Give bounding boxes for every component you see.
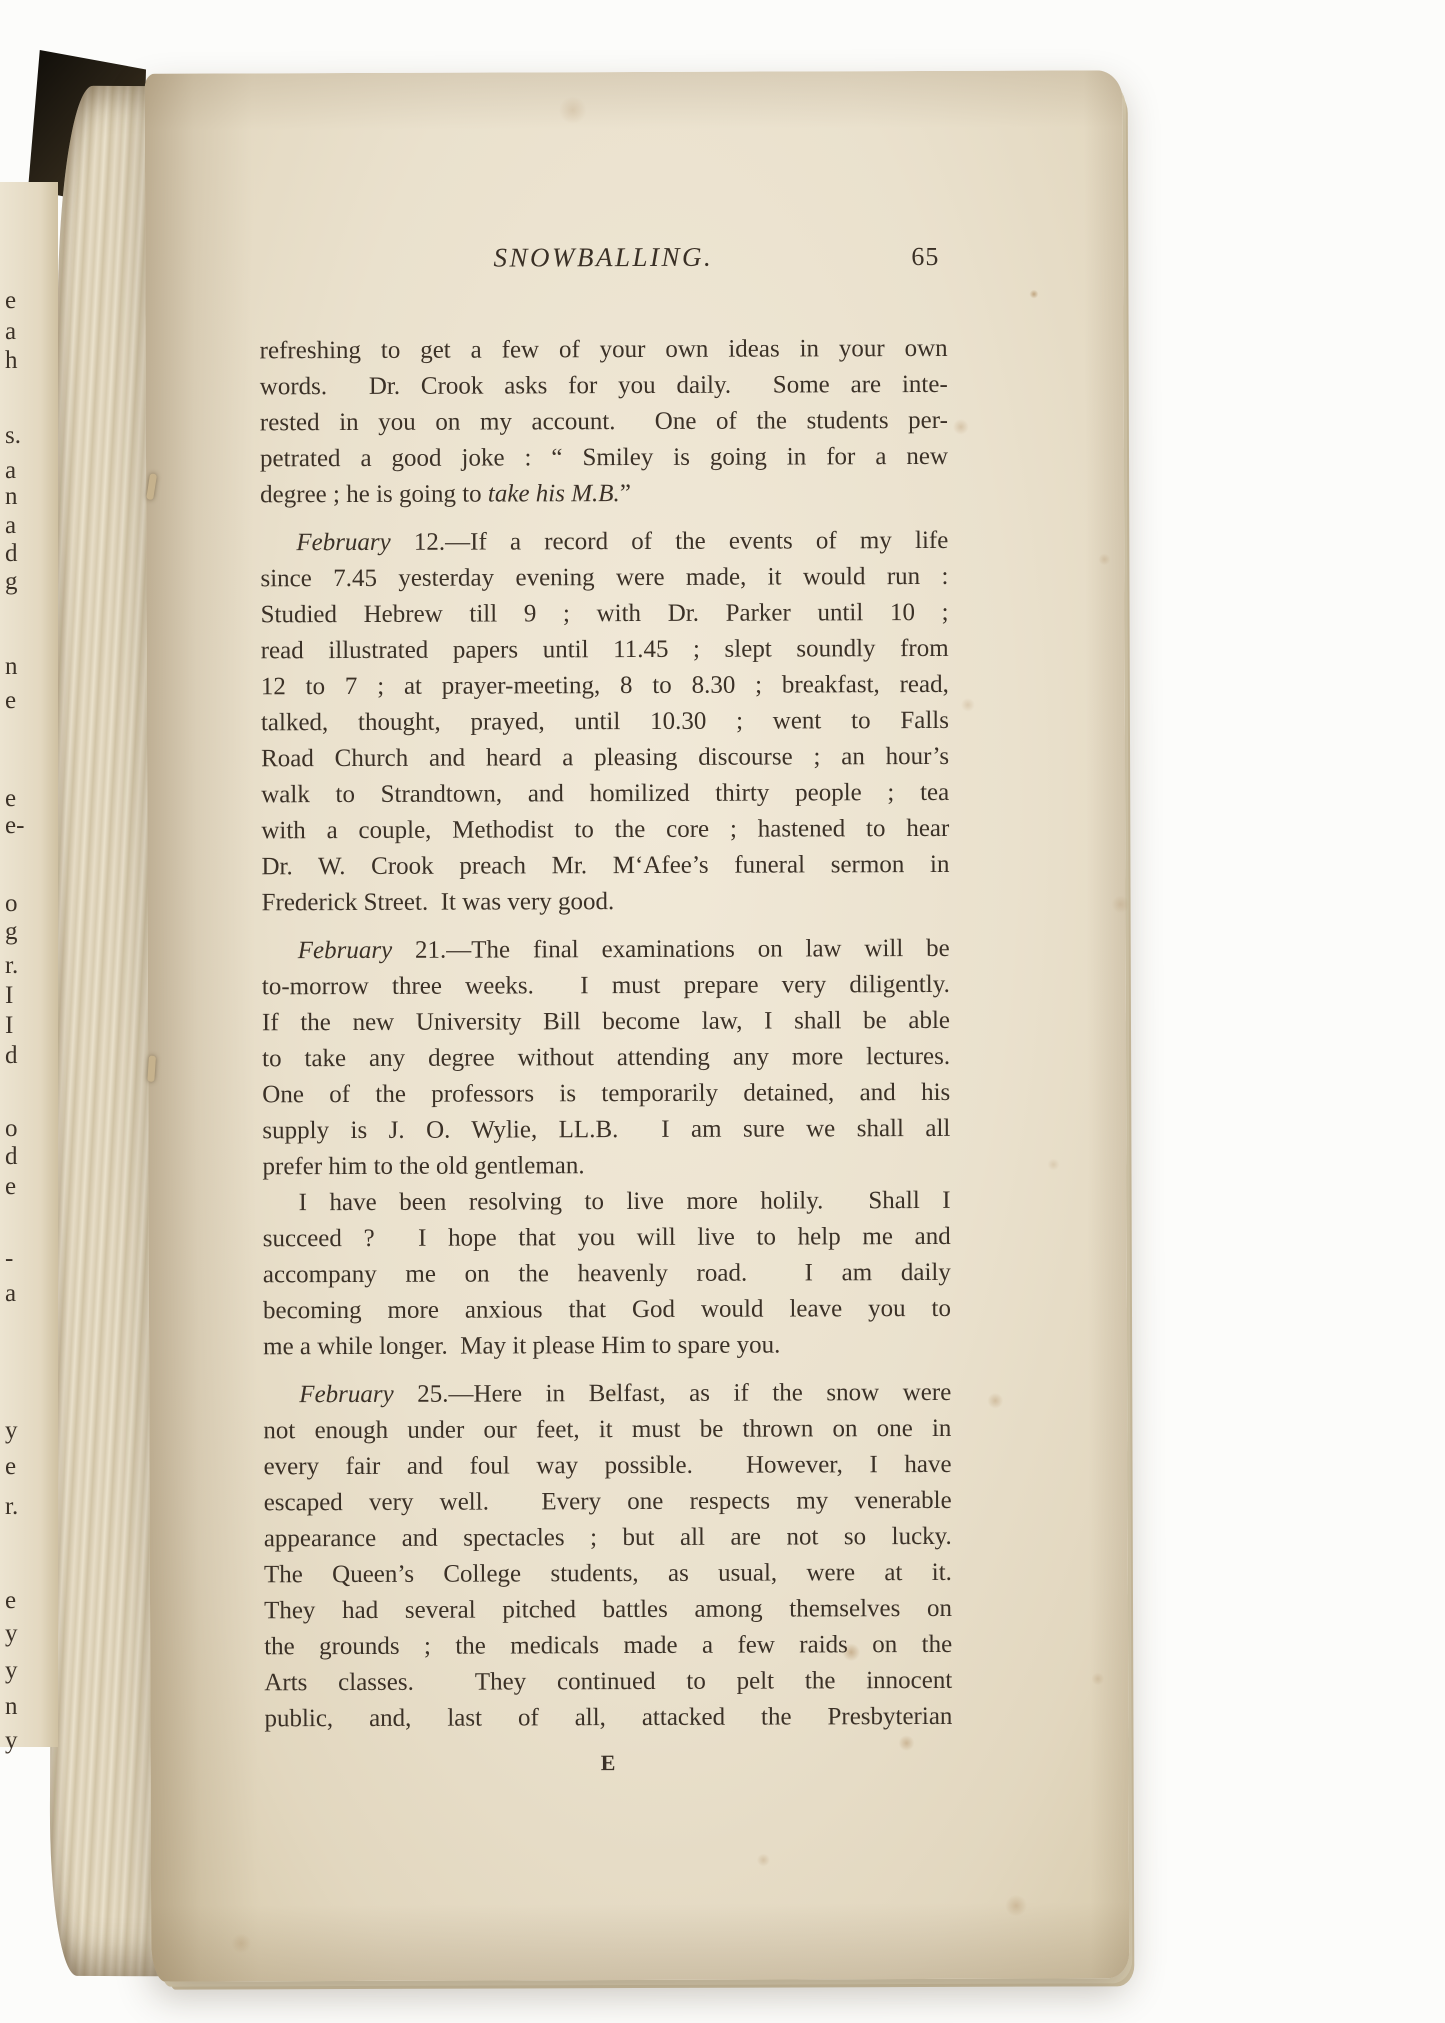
text-line: supply is J. O. Wylie, LL.B. I am sure w… (262, 1111, 950, 1149)
foxing-spot (559, 96, 587, 124)
page-title: SNOWBALLING. (259, 241, 947, 274)
stitch-thread (147, 1055, 156, 1081)
left-page-text-fragment: d (5, 1143, 18, 1171)
foxing-spot (1029, 290, 1038, 299)
foxing-spot (961, 698, 975, 712)
left-page-text-fragment: y (5, 1417, 18, 1445)
left-page-text-fragment: e (5, 287, 16, 315)
book-page: SNOWBALLING. 65 refreshing to get a few … (145, 70, 1130, 1981)
text-line: Road Church and heard a pleasing discour… (261, 739, 949, 777)
left-page-text-fragment: o (5, 1115, 18, 1143)
page-number: 65 (911, 242, 939, 272)
text-line: accompany me on the heavenly road. I am … (263, 1255, 951, 1293)
text-line: talked, thought, prayed, until 10.30 ; w… (261, 703, 949, 741)
text-line: refreshing to get a few of your own idea… (260, 331, 948, 369)
left-page-text-fragment: a (5, 457, 16, 485)
foxing-spot (231, 1933, 251, 1953)
left-page-text-fragment: d (5, 540, 18, 568)
paragraph: February 25.—Here in Belfast, as if the … (263, 1375, 952, 1737)
text-line: becoming more anxious that God would lea… (263, 1291, 951, 1329)
paragraph: February 12.—If a record of the events o… (260, 523, 949, 921)
text-line: February 21.—The final examinations on l… (262, 931, 950, 969)
left-page-text-fragment: e (5, 1587, 16, 1615)
left-page-text-fragment: e (5, 687, 16, 715)
paragraph: refreshing to get a few of your own idea… (260, 331, 949, 513)
foxing-spot (1112, 895, 1130, 913)
book-photo: eahs.anadgneee-ogr.IIdode-ayer.eyyny SNO… (0, 0, 1445, 2023)
text-block: refreshing to get a few of your own idea… (260, 331, 953, 1737)
text-line: February 12.—If a record of the events o… (260, 523, 948, 561)
text-line: The Queen’s College students, as usual, … (264, 1555, 952, 1593)
paragraph: I have been resolving to live more holil… (263, 1183, 952, 1365)
left-page-text-fragment: s. (5, 422, 21, 450)
text-line: escaped very well. Every one respects my… (264, 1483, 952, 1521)
text-line: succeed ? I hope that you will live to h… (263, 1219, 951, 1257)
left-page-text-fragment: e (5, 1453, 16, 1481)
left-page-text-fragment: d (5, 1042, 18, 1070)
left-page-text-fragment: o (5, 890, 18, 918)
left-page-text-fragment: n (5, 653, 18, 681)
left-page: eahs.anadgneee-ogr.IIdode-ayer.eyyny (0, 182, 58, 1747)
left-page-text-fragment: a (5, 1280, 16, 1308)
text-line: the grounds ; the medicals made a few ra… (264, 1627, 952, 1665)
text-line: not enough under our feet, it must be th… (263, 1411, 951, 1449)
left-page-text-fragment: a (5, 318, 16, 346)
text-line: One of the professors is temporarily det… (262, 1075, 950, 1113)
text-line: Frederick Street. It was very good. (262, 883, 950, 921)
stitch-thread (146, 473, 157, 500)
text-line: since 7.45 yesterday evening were made, … (260, 559, 948, 597)
text-line: petrated a good joke : “ Smiley is going… (260, 439, 948, 477)
text-line: to-morrow three weeks. I must prepare ve… (262, 967, 950, 1005)
text-line: me a while longer. May it please Him to … (263, 1327, 951, 1365)
left-page-text-fragment: n (5, 1693, 18, 1721)
left-page-text-fragment: e (5, 1173, 16, 1201)
text-line: degree ; he is going to take his M.B.” (260, 475, 948, 513)
left-page-text-fragment: h (5, 347, 18, 375)
text-line: Studied Hebrew till 9 ; with Dr. Parker … (261, 595, 949, 633)
paragraph: February 21.—The final examinations on l… (262, 931, 951, 1185)
foxing-spot (1047, 1159, 1059, 1171)
text-line: walk to Strandtown, and homilized thirty… (261, 775, 949, 813)
left-page-text-fragment: e- (5, 812, 24, 840)
foxing-spot (1091, 1672, 1104, 1685)
text-line: to take any degree without attending any… (262, 1039, 950, 1077)
text-line: appearance and spectacles ; but all are … (264, 1519, 952, 1557)
foxing-spot (757, 1854, 770, 1867)
left-page-text-fragment: y (5, 1620, 18, 1648)
left-page-text-fragment: g (5, 918, 18, 946)
foxing-spot (1005, 1895, 1027, 1917)
text-line: words. Dr. Crook asks for you daily. Som… (260, 367, 948, 405)
text-line: rested in you on my account. One of the … (260, 403, 948, 441)
text-line: read illustrated papers until 11.45 ; sl… (261, 631, 949, 669)
foxing-spot (1098, 553, 1110, 565)
text-line: February 25.—Here in Belfast, as if the … (263, 1375, 951, 1413)
left-page-text-fragment: a (5, 512, 16, 540)
left-page-text-fragment: g (5, 568, 18, 596)
text-line: Dr. W. Crook preach Mr. M‘Afee’s funeral… (261, 847, 949, 885)
text-line: with a couple, Methodist to the core ; h… (261, 811, 949, 849)
left-page-text-fragment: - (5, 1245, 13, 1273)
text-line: If the new University Bill become law, I… (262, 1003, 950, 1041)
left-page-text-fragment: n (5, 483, 18, 511)
left-page-text-fragment: r. (5, 952, 18, 980)
running-header: SNOWBALLING. 65 (259, 241, 947, 283)
left-page-text-fragment: I (5, 1012, 13, 1040)
text-line: prefer him to the old gentleman. (262, 1147, 950, 1185)
left-page-text-fragment: r. (5, 1493, 18, 1521)
text-line: public, and, last of all, attacked the P… (264, 1699, 952, 1737)
signature-mark: E (265, 1749, 953, 1777)
left-page-text-fragment: y (5, 1727, 18, 1755)
left-page-text-fragment: y (5, 1657, 18, 1685)
foxing-spot (987, 1393, 1003, 1409)
foxing-spot (953, 419, 969, 435)
text-line: I have been resolving to live more holil… (263, 1183, 951, 1221)
left-page-text-fragment: e (5, 785, 16, 813)
left-page-text-fragment: I (5, 982, 13, 1010)
text-line: every fair and foul way possible. Howeve… (263, 1447, 951, 1485)
text-line: They had several pitched battles among t… (264, 1591, 952, 1629)
text-line: Arts classes. They continued to pelt the… (264, 1663, 952, 1701)
text-line: 12 to 7 ; at prayer-meeting, 8 to 8.30 ;… (261, 667, 949, 705)
